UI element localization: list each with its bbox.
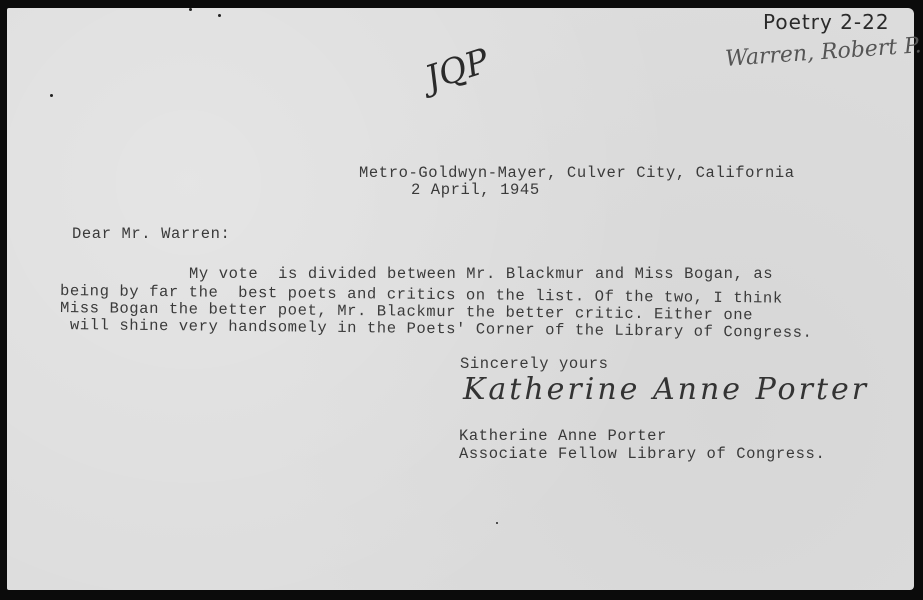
letter-date: 2 April, 1945: [411, 182, 540, 199]
signer-title: Associate Fellow Library of Congress.: [459, 446, 825, 463]
letter-paper: Poetry 2-22 Warren, Robert P. JQP Metro-…: [7, 8, 914, 590]
salutation: Dear Mr. Warren:: [72, 226, 230, 243]
handwritten-file-label: Poetry 2-22: [763, 10, 890, 34]
letterhead-place: Metro-Goldwyn-Mayer, Culver City, Califo…: [359, 165, 795, 182]
paper-speck: [50, 94, 53, 97]
paper-speck: [189, 8, 192, 11]
paper-speck: [496, 522, 498, 524]
body-line-1: My vote is divided between Mr. Blackmur …: [189, 266, 773, 283]
signer-name: Katherine Anne Porter: [459, 428, 667, 445]
handwritten-recipient-name: Warren, Robert P.: [724, 33, 922, 72]
handwritten-initials: JQP: [420, 41, 494, 99]
closing: Sincerely yours: [460, 356, 609, 373]
paper-speck: [218, 14, 221, 17]
signature: Katherine Anne Porter: [463, 372, 869, 407]
